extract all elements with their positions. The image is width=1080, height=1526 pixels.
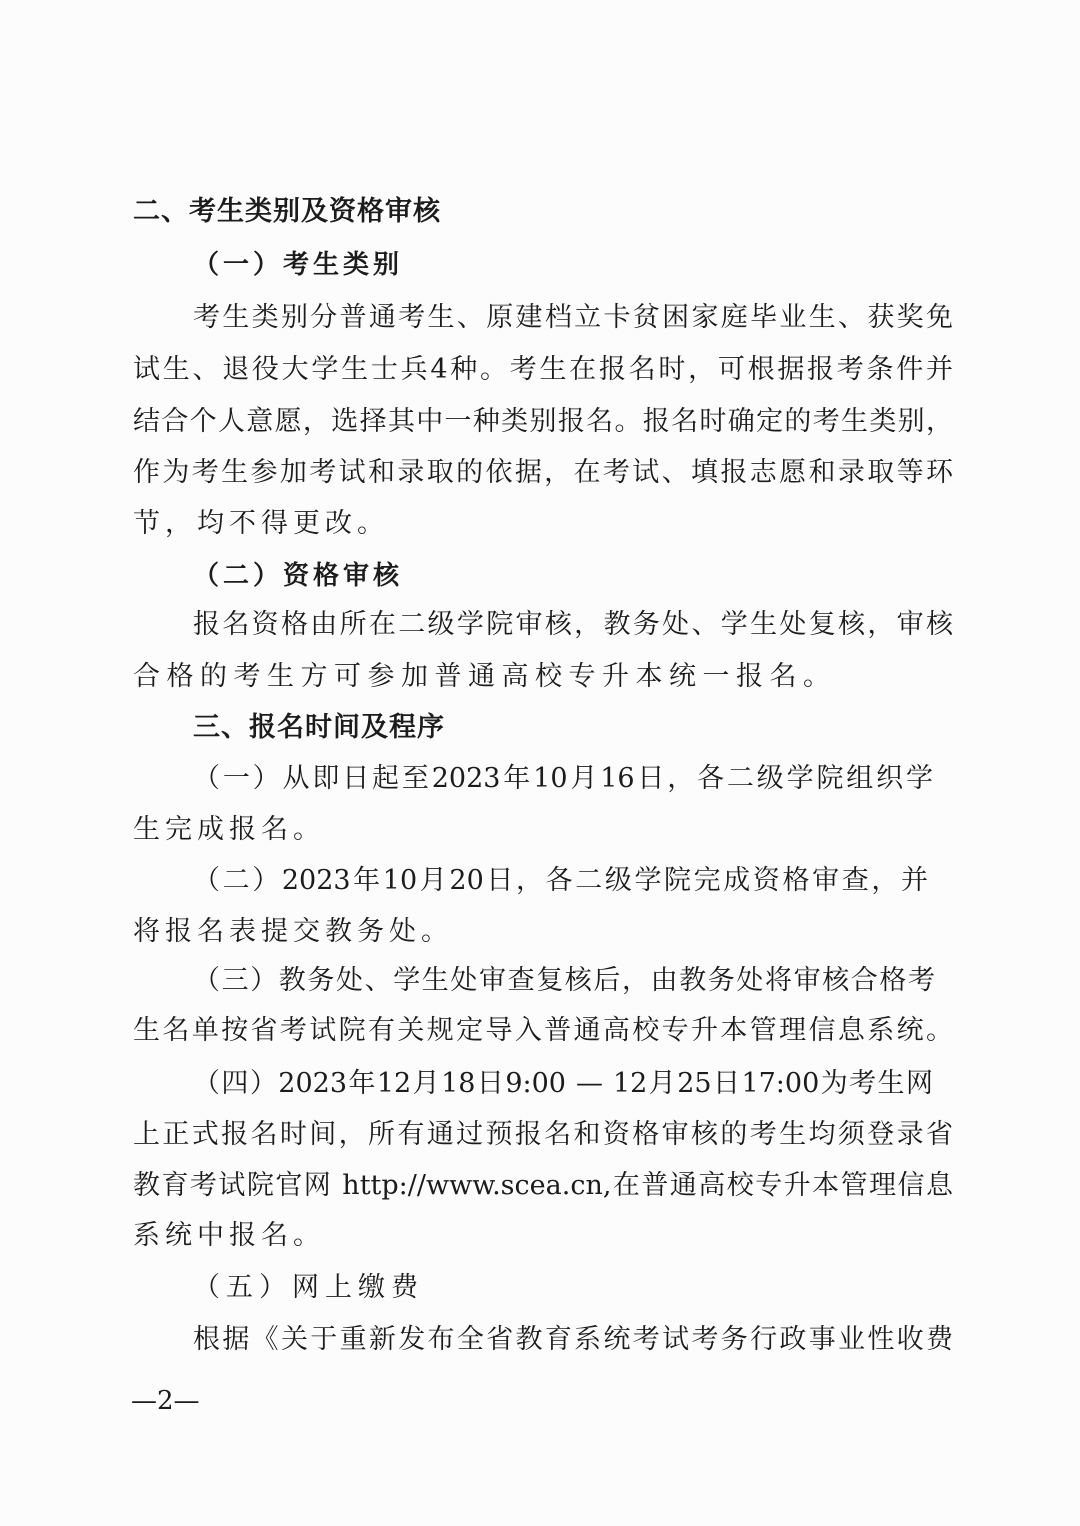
paragraph-line: 结合个人意愿，选择其中一种类别报名。报名时确定的考生类别，	[133, 404, 953, 440]
document-page: 二、考生类别及资格审核 （一）考生类别 考生类别分普通考生、原建档立卡贫困家庭毕…	[0, 0, 1080, 1526]
subsection-heading-online-payment: （五）网上缴费	[193, 1270, 953, 1306]
paragraph-line: 根据《关于重新发布全省教育系统考试考务行政事业性收费	[193, 1322, 953, 1358]
paragraph-line: （四）2023年12月18日9:00 — 12月25日17:00为考生网	[193, 1066, 933, 1102]
paragraph-line: （二）2023年10月20日，各二级学院完成资格审查，并	[193, 863, 928, 899]
paragraph-line: （一）从即日起至2023年10月16日，各二级学院组织学	[193, 761, 933, 797]
paragraph-line: 系统中报名。	[133, 1218, 953, 1254]
paragraph-line: 教育考试院官网 http://www.scea.cn,在普通高校专升本管理信息	[133, 1168, 953, 1204]
paragraph-line: 节，均不得更改。	[133, 506, 953, 542]
paragraph-line: 作为考生参加考试和录取的依据，在考试、填报志愿和录取等环	[133, 455, 953, 491]
paragraph-line: 合格的考生方可参加普通高校专升本统一报名。	[133, 659, 953, 695]
paragraph-line: （三）教务处、学生处审查复核后，由教务处将审核合格考	[193, 963, 935, 999]
paragraph-line: 考生类别分普通考生、原建档立卡贫困家庭毕业生、获奖免	[193, 300, 953, 336]
paragraph-line: 将报名表提交教务处。	[133, 914, 953, 950]
paragraph-line: 报名资格由所在二级学院审核，教务处、学生处复核，审核	[193, 607, 953, 643]
paragraph-line: 试生、退役大学生士兵4种。考生在报名时，可根据报考条件并	[133, 352, 953, 388]
paragraph-line: 上正式报名时间，所有通过预报名和资格审核的考生均须登录省	[133, 1117, 953, 1153]
paragraph-line: 生完成报名。	[133, 812, 953, 848]
section-heading-3: 三、报名时间及程序	[193, 710, 953, 746]
subsection-heading-qualification: （二）资格审核	[193, 558, 953, 594]
page-number: —2—	[131, 1383, 200, 1419]
paragraph-line: 生名单按省考试院有关规定导入普通高校专升本管理信息系统。	[133, 1013, 953, 1049]
section-heading-2: 二、考生类别及资格审核	[133, 194, 953, 230]
subsection-heading-categories: （一）考生类别	[193, 247, 953, 283]
